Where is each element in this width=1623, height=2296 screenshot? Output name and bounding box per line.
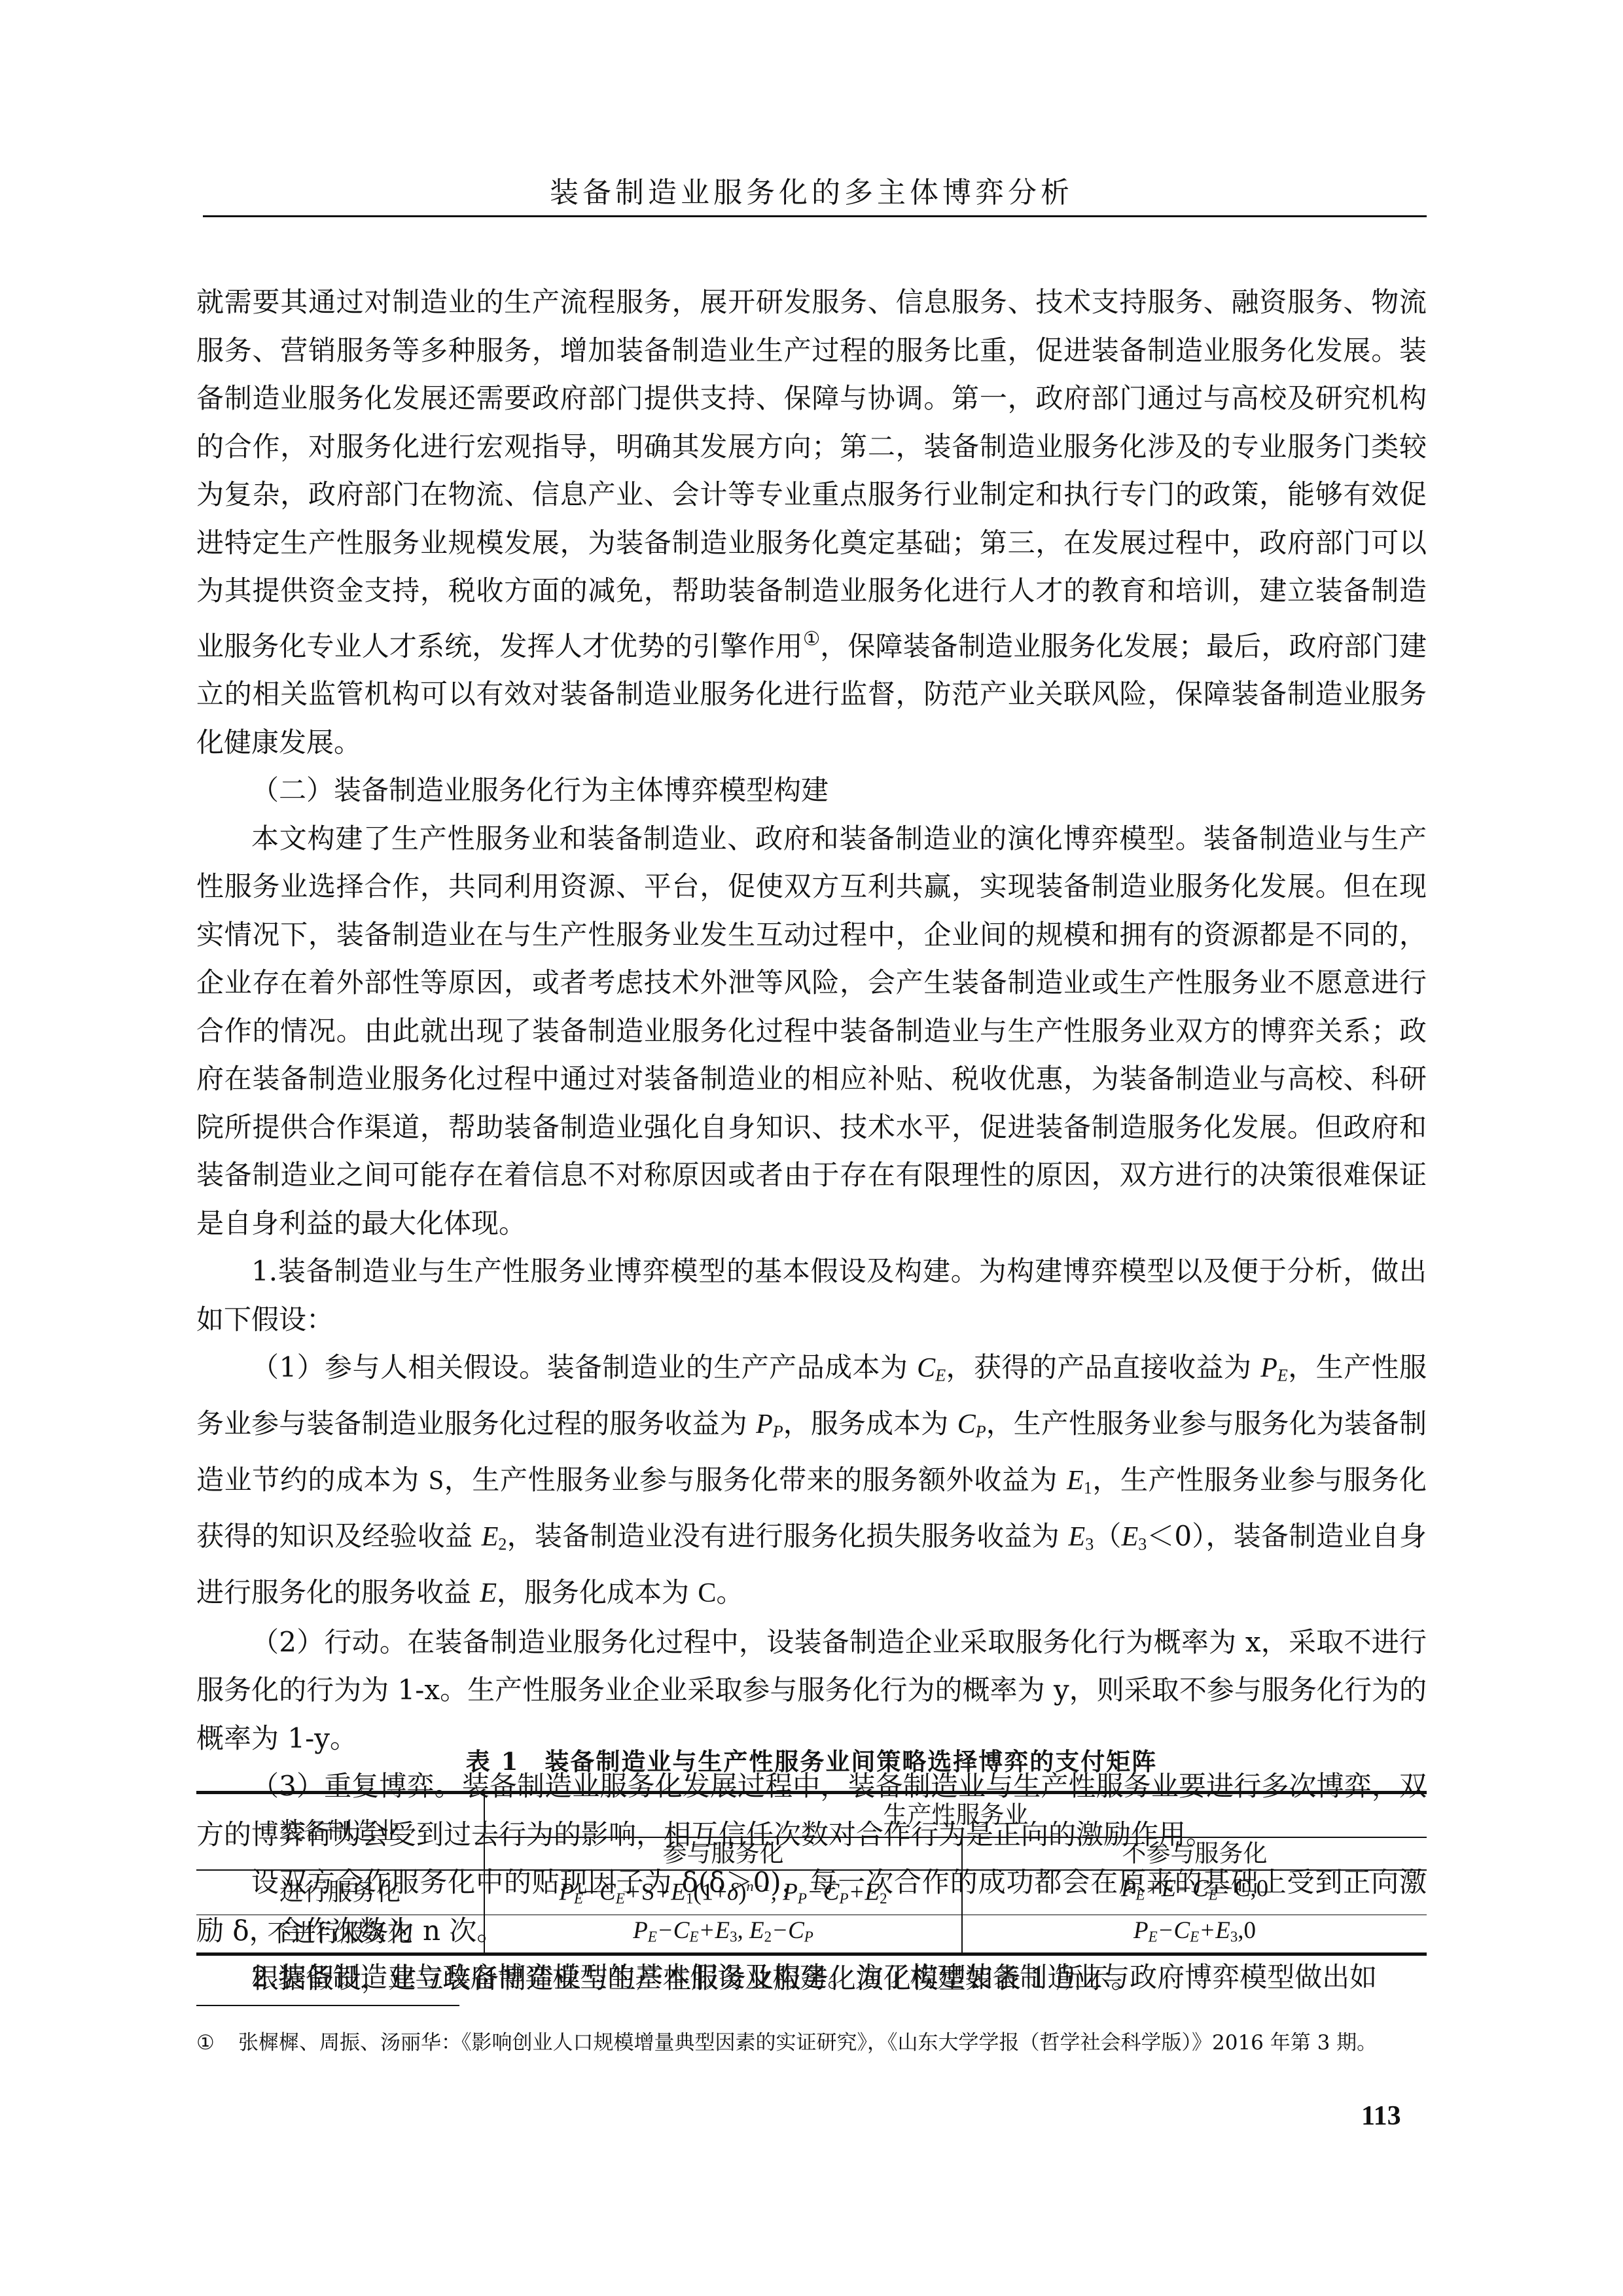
payoff-cell: PE−CE+E3, E2−CP bbox=[484, 1915, 962, 1954]
var-pe: PE bbox=[1260, 1353, 1288, 1383]
text: （ bbox=[1094, 1520, 1121, 1552]
var-subscript: P bbox=[976, 1422, 986, 1441]
var-subscript: P bbox=[773, 1422, 783, 1441]
var-symbol: E bbox=[482, 1522, 499, 1552]
payoff-cell: PE−CE+E3,0 bbox=[962, 1915, 1427, 1954]
footnote-text: 张樨樨、周振、汤丽华：《影响创业人口规模增量典型因素的实证研究》，《山东大学学报… bbox=[238, 2031, 1377, 2055]
paragraph-model-overview: 本文构建了生产性服务业和装备制造业、政府和装备制造业的演化博弈模型。装备制造业与… bbox=[196, 815, 1427, 1248]
section-heading: （二）装备制造业服务化行为主体博弈模型构建 bbox=[196, 766, 1427, 815]
var-e: E bbox=[480, 1578, 497, 1608]
var-subscript: 1 bbox=[1084, 1479, 1092, 1498]
var-symbol: E bbox=[1067, 1466, 1084, 1496]
var-subscript: E bbox=[1277, 1366, 1288, 1385]
var-symbol: P bbox=[756, 1409, 773, 1439]
var-symbol: P bbox=[1260, 1353, 1277, 1383]
table-caption: 表 1 装备制造业与生产性服务业间策略选择博弈的支付矩阵 bbox=[196, 1742, 1427, 1777]
var-symbol: E bbox=[1069, 1522, 1086, 1552]
text: ，获得的产品直接收益为 bbox=[946, 1351, 1260, 1383]
var-e2: E2 bbox=[482, 1522, 507, 1552]
var-e3-condition: E3 bbox=[1122, 1522, 1147, 1552]
var-cp: CP bbox=[957, 1409, 986, 1439]
paragraph-assumptions-intro: 1.装备制造业与生产性服务业博弈模型的基本假设及构建。为构建博弈模型以及便于分析… bbox=[196, 1247, 1427, 1343]
text: ，服务成本为 bbox=[783, 1407, 957, 1439]
page-number: 113 bbox=[1361, 2100, 1401, 2132]
paragraph-government-model-intro: 2.装备制造业与政府博弈模型的基本假设及构建。为了构建装备制造业与政府博弈模型做… bbox=[196, 1953, 1427, 2001]
footnote-reference[interactable]: ① bbox=[803, 627, 820, 650]
var-s: S bbox=[429, 1466, 444, 1496]
text: （1）参与人相关假设。装备制造业的生产产品成本为 bbox=[251, 1351, 917, 1383]
column-header-not-participate: 不参与服务化 bbox=[962, 1837, 1427, 1870]
row-header-label: 装备制造业 bbox=[196, 1793, 484, 1870]
text: ，生产性服务业参与服务化带来的服务额外收益为 bbox=[444, 1464, 1067, 1496]
paragraph-text: 就需要其通过对制造业的生产流程服务，展开研发服务、信息服务、技术支持服务、融资服… bbox=[196, 286, 1427, 662]
paragraph-government-role: 就需要其通过对制造业的生产流程服务，展开研发服务、信息服务、技术支持服务、融资服… bbox=[196, 278, 1427, 766]
footnote: ①张樨樨、周振、汤丽华：《影响创业人口规模增量典型因素的实证研究》，《山东大学学… bbox=[196, 2028, 1427, 2057]
text: ，服务化成本为 bbox=[497, 1576, 698, 1608]
column-group-label: 生产性服务业 bbox=[484, 1793, 1427, 1837]
footnote-rule bbox=[196, 2005, 459, 2006]
column-header-participate: 参与服务化 bbox=[484, 1837, 962, 1870]
var-subscript: 3 bbox=[1138, 1535, 1147, 1554]
paragraph-participant-assumptions: （1）参与人相关假设。装备制造业的生产产品成本为 CE，获得的产品直接收益为 P… bbox=[196, 1343, 1427, 1618]
var-subscript: E bbox=[935, 1366, 946, 1385]
row-label-not-servitize: 不进行服务化 bbox=[196, 1915, 484, 1954]
var-subscript: 3 bbox=[1085, 1535, 1094, 1554]
var-pp: PP bbox=[756, 1409, 783, 1439]
payoff-matrix-table: 装备制造业 生产性服务业 参与服务化 不参与服务化 进行服务化 PE−CE+S+… bbox=[196, 1791, 1427, 1956]
footnote-mark: ① bbox=[196, 2028, 238, 2057]
journal-page: 装备制造业服务化的多主体博弈分析 就需要其通过对制造业的生产流程服务，展开研发服… bbox=[0, 0, 1623, 2296]
var-subscript: 2 bbox=[498, 1535, 507, 1554]
text: ，装备制造业没有进行服务化损失服务收益为 bbox=[507, 1520, 1068, 1552]
var-symbol: E bbox=[1122, 1522, 1139, 1552]
header-rule bbox=[203, 215, 1427, 217]
var-c: C bbox=[698, 1578, 716, 1608]
payoff-cell: PE−CE+S+E1(1+δ)n−1, PP−CP+E2 bbox=[484, 1870, 962, 1915]
payoff-cell: PE+E−CE−C,0 bbox=[962, 1870, 1427, 1915]
var-e3: E3 bbox=[1069, 1522, 1094, 1552]
text: 。 bbox=[716, 1576, 743, 1608]
var-ce: CE bbox=[917, 1353, 946, 1383]
var-symbol: C bbox=[917, 1353, 935, 1383]
paragraph-actions: （2）行动。在装备制造业服务化过程中，设装备制造企业采取服务化行为概率为 x，采… bbox=[196, 1618, 1427, 1763]
var-symbol: C bbox=[957, 1409, 976, 1439]
row-label-servitize: 进行服务化 bbox=[196, 1870, 484, 1915]
running-head: 装备制造业服务化的多主体博弈分析 bbox=[196, 169, 1427, 211]
var-e1: E1 bbox=[1067, 1466, 1092, 1496]
body-text-continued: 2.装备制造业与政府博弈模型的基本假设及构建。为了构建装备制造业与政府博弈模型做… bbox=[196, 1953, 1427, 2001]
